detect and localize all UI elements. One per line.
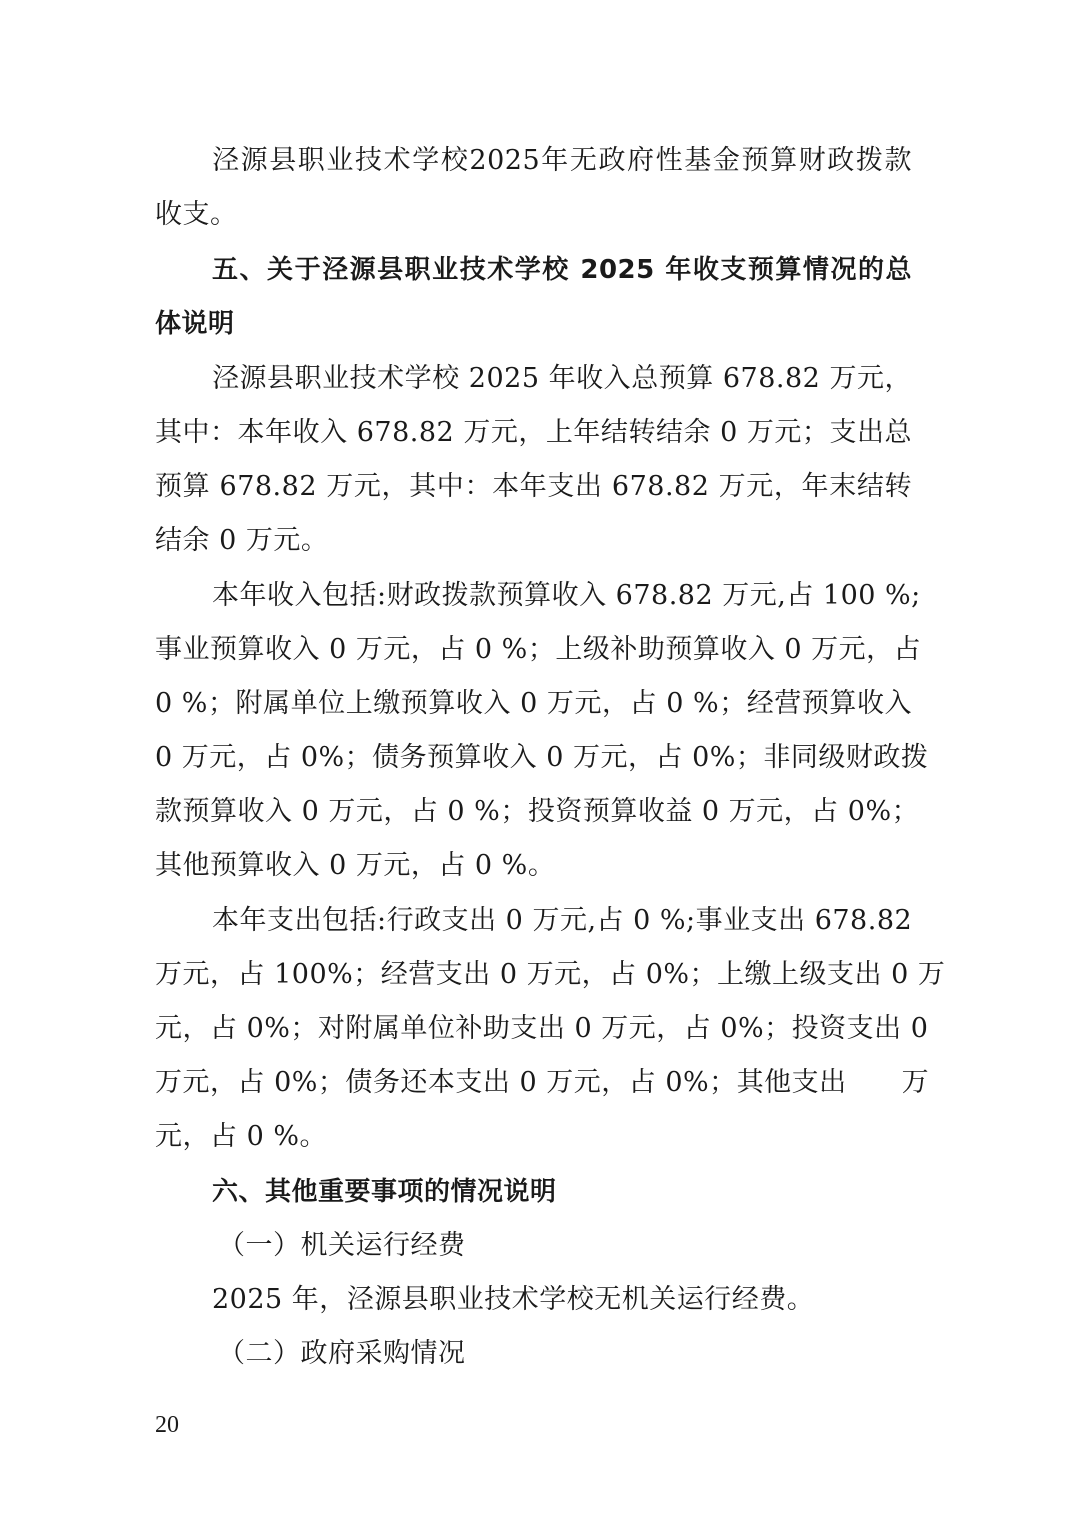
body-line: 0 %；附属单位上缴预算收入 0 万元，占 0 %；经营预算收入 bbox=[155, 684, 912, 724]
document-page: 泾源县职业技术学校2025年无政府性基金预算财政拨款 收支。 五、关于泾源县职业… bbox=[0, 0, 1074, 1520]
body-line: 元，占 0 %。 bbox=[155, 1117, 912, 1157]
page-number: 20 bbox=[155, 1412, 179, 1439]
section-heading-5: 五、关于泾源县职业技术学校 2025 年收支预算情况的总 bbox=[212, 250, 912, 290]
section-heading-6: 六、其他重要事项的情况说明 bbox=[212, 1172, 912, 1212]
body-line: 2025 年，泾源县职业技术学校无机关运行经费。 bbox=[212, 1280, 814, 1320]
body-line: 预算 678.82 万元，其中：本年支出 678.82 万元，年末结转 bbox=[155, 467, 912, 507]
body-line: 万元，占 0%；债务还本支出 0 万元，占 0%；其他支出 万 bbox=[155, 1063, 912, 1103]
body-line: 元，占 0%；对附属单位补助支出 0 万元，占 0%；投资支出 0 bbox=[155, 1009, 912, 1049]
body-line: 本年收入包括:财政拨款预算收入 678.82 万元,占 100 %; bbox=[212, 576, 912, 616]
subsection-heading-2: （二）政府采购情况 bbox=[218, 1334, 466, 1374]
body-line: 收支。 bbox=[155, 195, 912, 235]
section-heading-5-cont: 体说明 bbox=[155, 304, 912, 344]
body-line: 泾源县职业技术学校 2025 年收入总预算 678.82 万元， bbox=[212, 359, 912, 399]
body-line: 其他预算收入 0 万元，占 0 %。 bbox=[155, 846, 912, 886]
body-line: 款预算收入 0 万元，占 0 %；投资预算收益 0 万元，占 0%； bbox=[155, 792, 912, 832]
body-line: 万元，占 100%；经营支出 0 万元，占 0%；上缴上级支出 0 万 bbox=[155, 955, 912, 995]
body-line: 其中：本年收入 678.82 万元，上年结转结余 0 万元；支出总 bbox=[155, 413, 912, 453]
body-line: 结余 0 万元。 bbox=[155, 521, 912, 561]
body-line: 事业预算收入 0 万元，占 0 %；上级补助预算收入 0 万元，占 bbox=[155, 630, 912, 670]
subsection-heading-1: （一）机关运行经费 bbox=[218, 1226, 466, 1266]
body-line: 本年支出包括:行政支出 0 万元,占 0 %;事业支出 678.82 bbox=[212, 901, 912, 941]
body-line: 0 万元，占 0%；债务预算收入 0 万元，占 0%；非同级财政拨 bbox=[155, 738, 912, 778]
body-line: 泾源县职业技术学校2025年无政府性基金预算财政拨款 bbox=[212, 141, 912, 181]
